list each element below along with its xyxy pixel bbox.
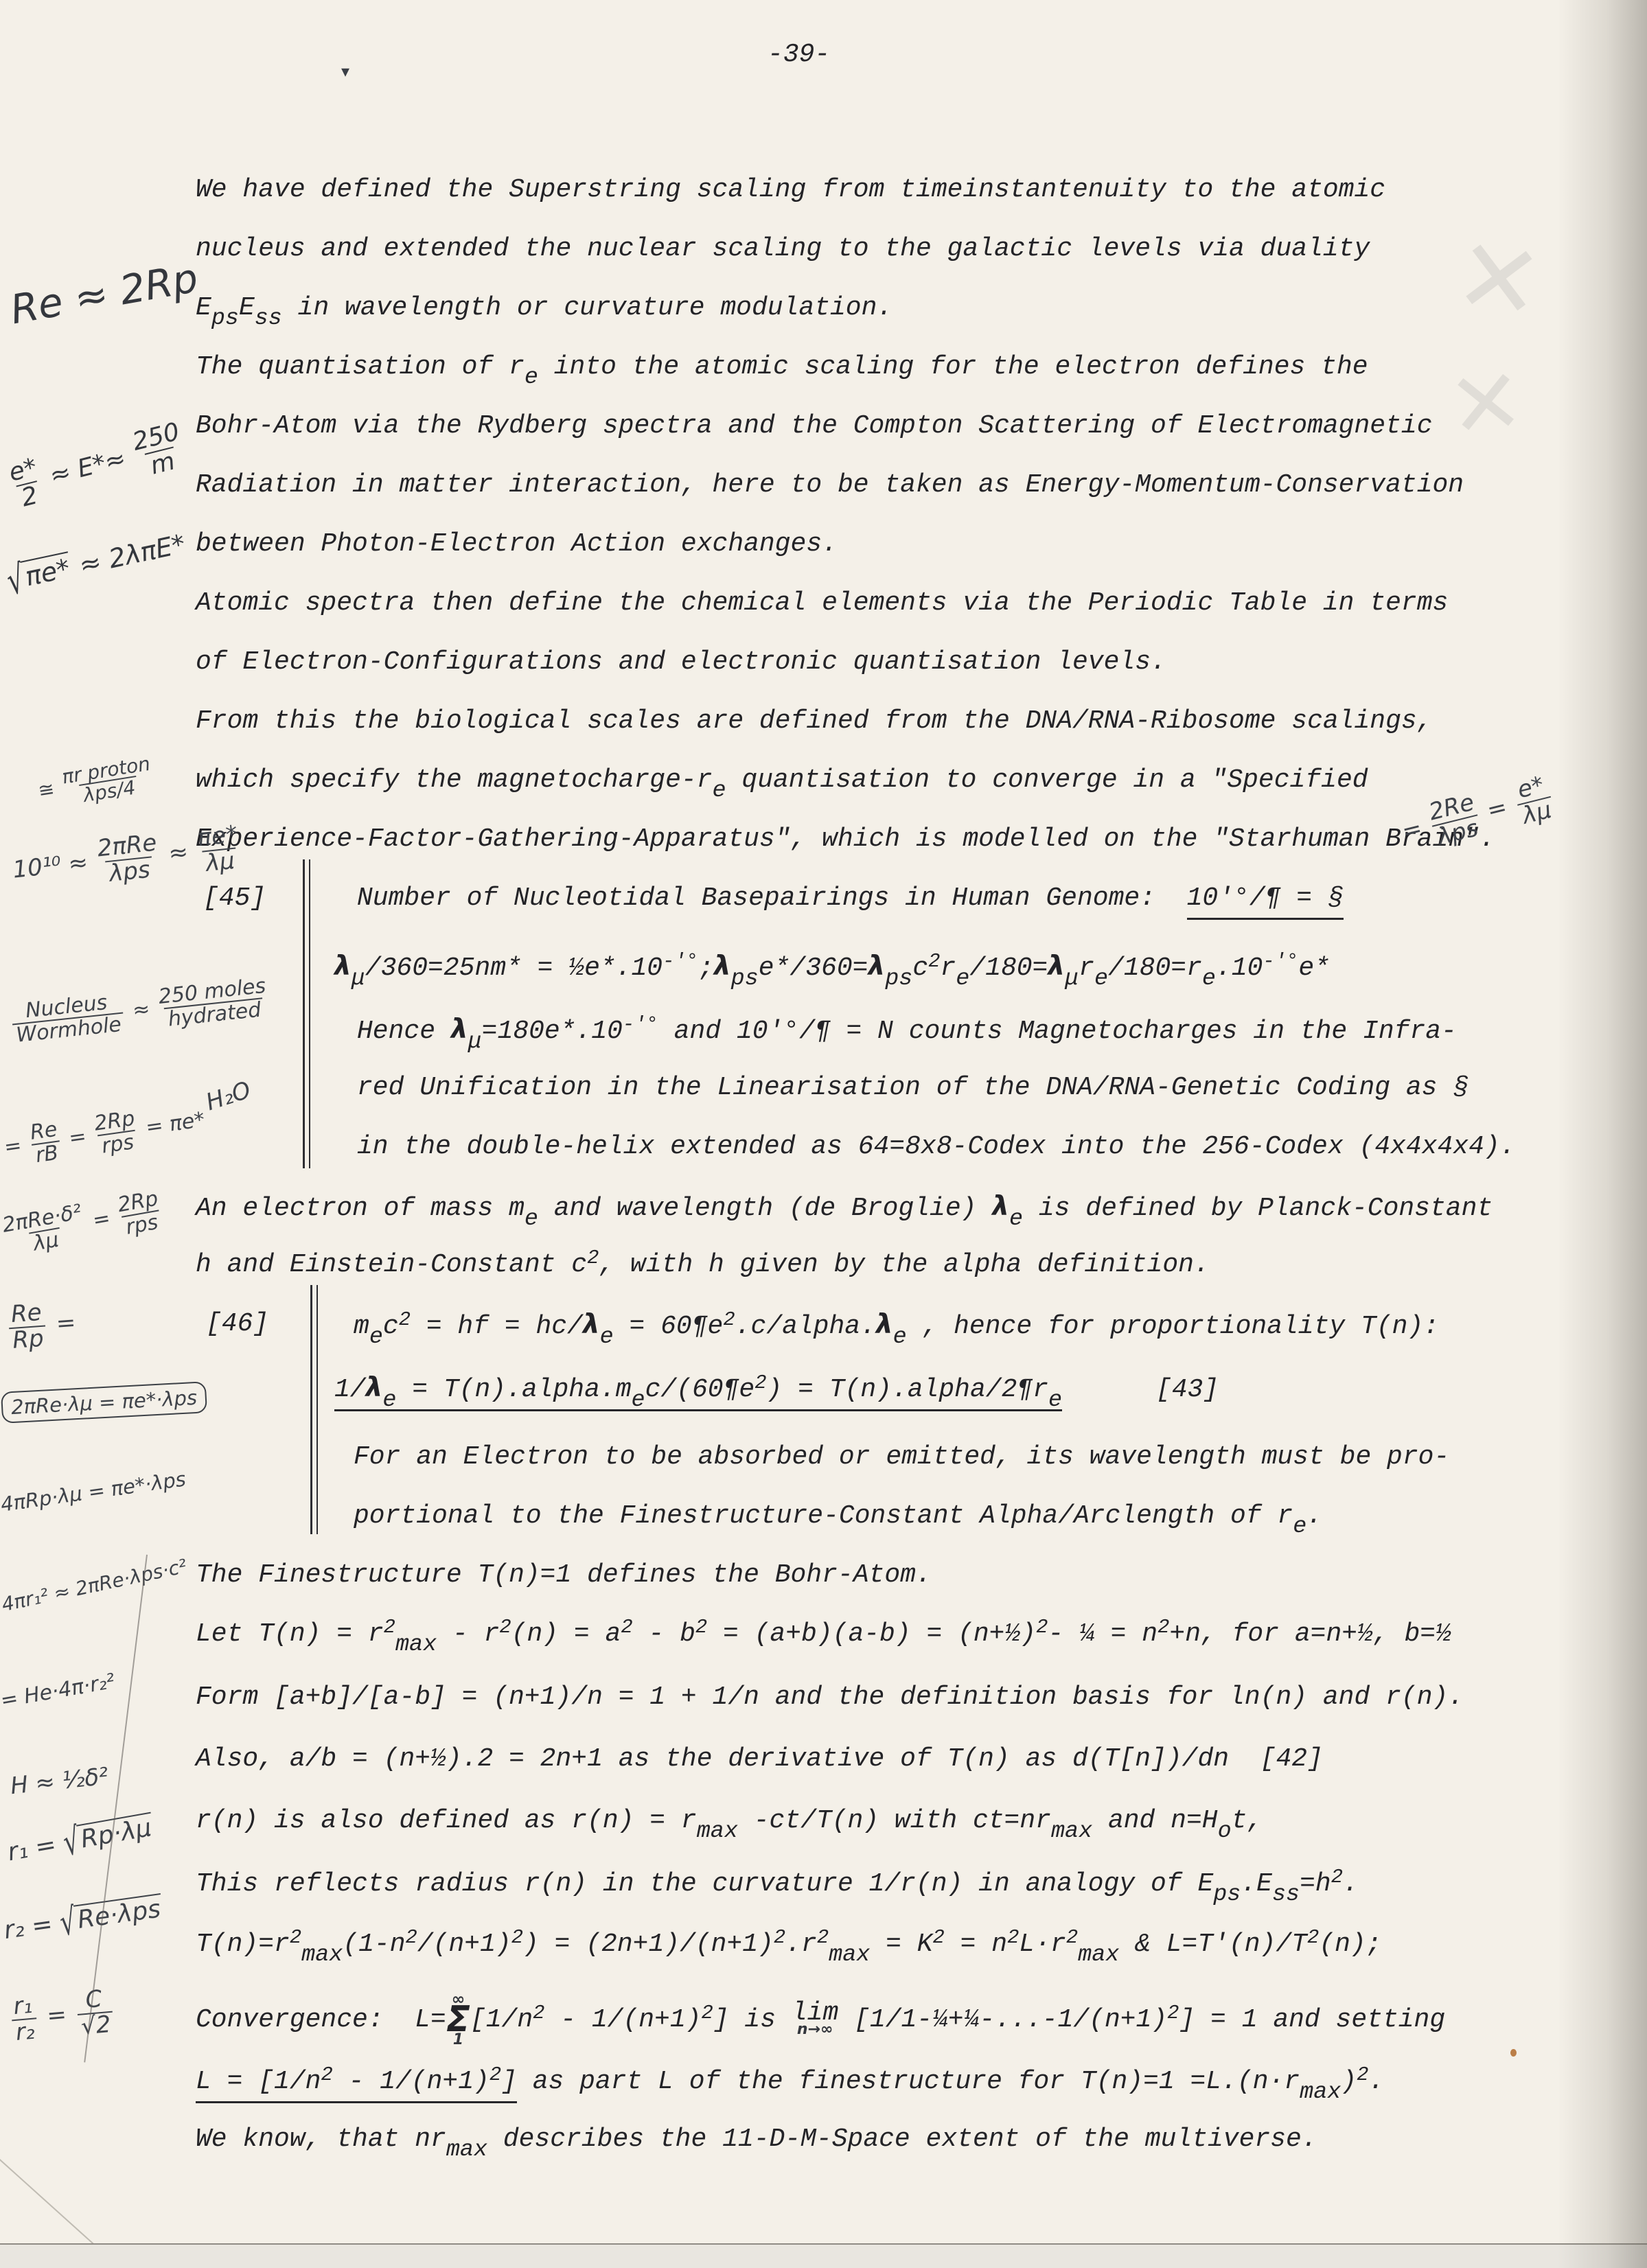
typed-line: of Electron-Configurations and electroni… — [196, 647, 1166, 677]
scan-bottom-edge — [0, 2243, 1647, 2268]
typed-line: From this the biological scales are defi… — [196, 706, 1433, 736]
margin-note: Re ≈ 2Rp — [8, 257, 201, 332]
typed-line: in the double-helix extended as 64=8x8-C… — [357, 1132, 1515, 1161]
typed-line: Let T(n) = r2max - r2(n) = a2 - b2 = (a+… — [196, 1619, 1451, 1649]
typed-line: portional to the Finestructure-Constant … — [354, 1501, 1322, 1531]
typed-line: red Unification in the Linearisation of … — [357, 1073, 1469, 1102]
typed-line: h and Einstein-Constant c2, with h given… — [196, 1250, 1210, 1280]
page-number: -39- — [768, 40, 830, 69]
document-page: -39- We have defined the Superstring sca… — [0, 0, 1647, 2268]
typed-line: Hence λμ=180e*.10-'° and 10'°/¶ = N coun… — [357, 1014, 1457, 1046]
margin-note: r₁ = √Rp·λμ — [5, 1815, 155, 1866]
pen-mark: ▾ — [341, 63, 349, 80]
typed-line: Radiation in matter interaction, here to… — [196, 470, 1464, 500]
typed-line: nucleus and extended the nuclear scaling… — [196, 234, 1370, 264]
typed-line: Experience-Factor-Gathering-Apparatus", … — [196, 824, 1495, 854]
margin-note: e*2 ≈ E*≈ 250m — [3, 418, 192, 513]
margin-note: 2πRe·δ²λμ = 2Rprps — [0, 1188, 167, 1260]
typed-line: For an Electron to be absorbed or emitte… — [354, 1442, 1449, 1472]
margin-note: H ≈ ½δ² — [10, 1765, 110, 1799]
typed-line: An electron of mass me and wavelength (d… — [196, 1191, 1493, 1223]
typed-line: mec2 = hf = hc/λe = 60¶e2.c/alpha.λe , h… — [354, 1309, 1439, 1341]
scan-right-shadow — [1558, 0, 1647, 2268]
margin-note: r₂ = √Re·λps — [3, 1896, 165, 1944]
margin-note: ReRp = — [4, 1299, 78, 1354]
typed-line: The quantisation of re into the atomic s… — [196, 352, 1368, 382]
margin-note: NucleusWormhole ≈ 250 moleshydrated — [7, 975, 273, 1047]
margin-note: ≅ πr protonλps/4 — [35, 753, 158, 813]
typed-line: Form [a+b]/[a-b] = (n+1)/n = 1 + 1/n and… — [196, 1682, 1464, 1712]
typed-line: r(n) is also defined as r(n) = rmax -ct/… — [196, 1806, 1263, 1836]
typed-line: We have defined the Superstring scaling … — [196, 175, 1385, 205]
margin-note: 4πRp·λμ = πe*·λps — [0, 1468, 187, 1515]
ref45-label: [45] — [203, 883, 266, 913]
diagonal-pencil-stroke — [84, 1555, 148, 2063]
typed-line: Atomic spectra then define the chemical … — [196, 588, 1448, 618]
typed-line: 1/λe = T(n).alpha.mec/(60¶e2) = T(n).alp… — [334, 1372, 1219, 1404]
typed-line: This reflects radius r(n) in the curvatu… — [196, 1869, 1359, 1899]
typed-line: Convergence: L=∞Σ1[1/n2 - 1/(n+1)2] is l… — [196, 1993, 1445, 2046]
paper-stain — [1510, 2049, 1517, 2057]
margin-note-boxed: 2πRe·λμ = πe*·λps — [1, 1381, 207, 1424]
typed-line: T(n)=r2max(1-n2/(n+1)2) = (2n+1)/(n+1)2.… — [196, 1930, 1382, 1959]
margin-note: r₁r₂ = C√2 — [6, 1986, 118, 2046]
ref46-vertical-rule — [310, 1285, 318, 1534]
faint-pencil-mark: ✕ — [1444, 354, 1528, 454]
typed-line: which specify the magnetocharge-re quant… — [196, 765, 1368, 795]
typed-line: L = [1/n2 - 1/(n+1)2] as part L of the f… — [196, 2067, 1384, 2096]
margin-note: √πe* ≈ 2λπE* — [5, 531, 188, 595]
typed-line: Also, a/b = (n+½).2 = 2n+1 as the deriva… — [196, 1744, 1323, 1774]
ref46-label: [46] — [206, 1309, 268, 1339]
typed-line: Number of Nucleotidal Basepairings in Hu… — [357, 883, 1344, 913]
typed-line: λμ/360=25nm* = ½e*.10-'°;λpse*/360=λpsc2… — [334, 951, 1330, 983]
typed-line: EpsEss in wavelength or curvature modula… — [196, 293, 892, 323]
margin-note: = He·4π·r₂² — [0, 1671, 117, 1712]
margin-note: = RerB = 2Rprps = πe* — [1, 1098, 208, 1170]
typed-line: Bohr-Atom via the Rydberg spectra and th… — [196, 411, 1433, 441]
typed-line: We know, that nrmax describes the 11-D-M… — [196, 2125, 1317, 2154]
typed-line: between Photon-Electron Action exchanges… — [196, 529, 838, 559]
faint-pencil-mark: ✕ — [1449, 221, 1549, 340]
ref45-vertical-rule — [303, 859, 310, 1168]
margin-note: 4πr₁² ≈ 2πRe·λps·c² — [0, 1556, 189, 1615]
typed-line: The Finestructure T(n)=1 defines the Boh… — [196, 1560, 932, 1590]
margin-note: H₂O — [203, 1078, 254, 1115]
